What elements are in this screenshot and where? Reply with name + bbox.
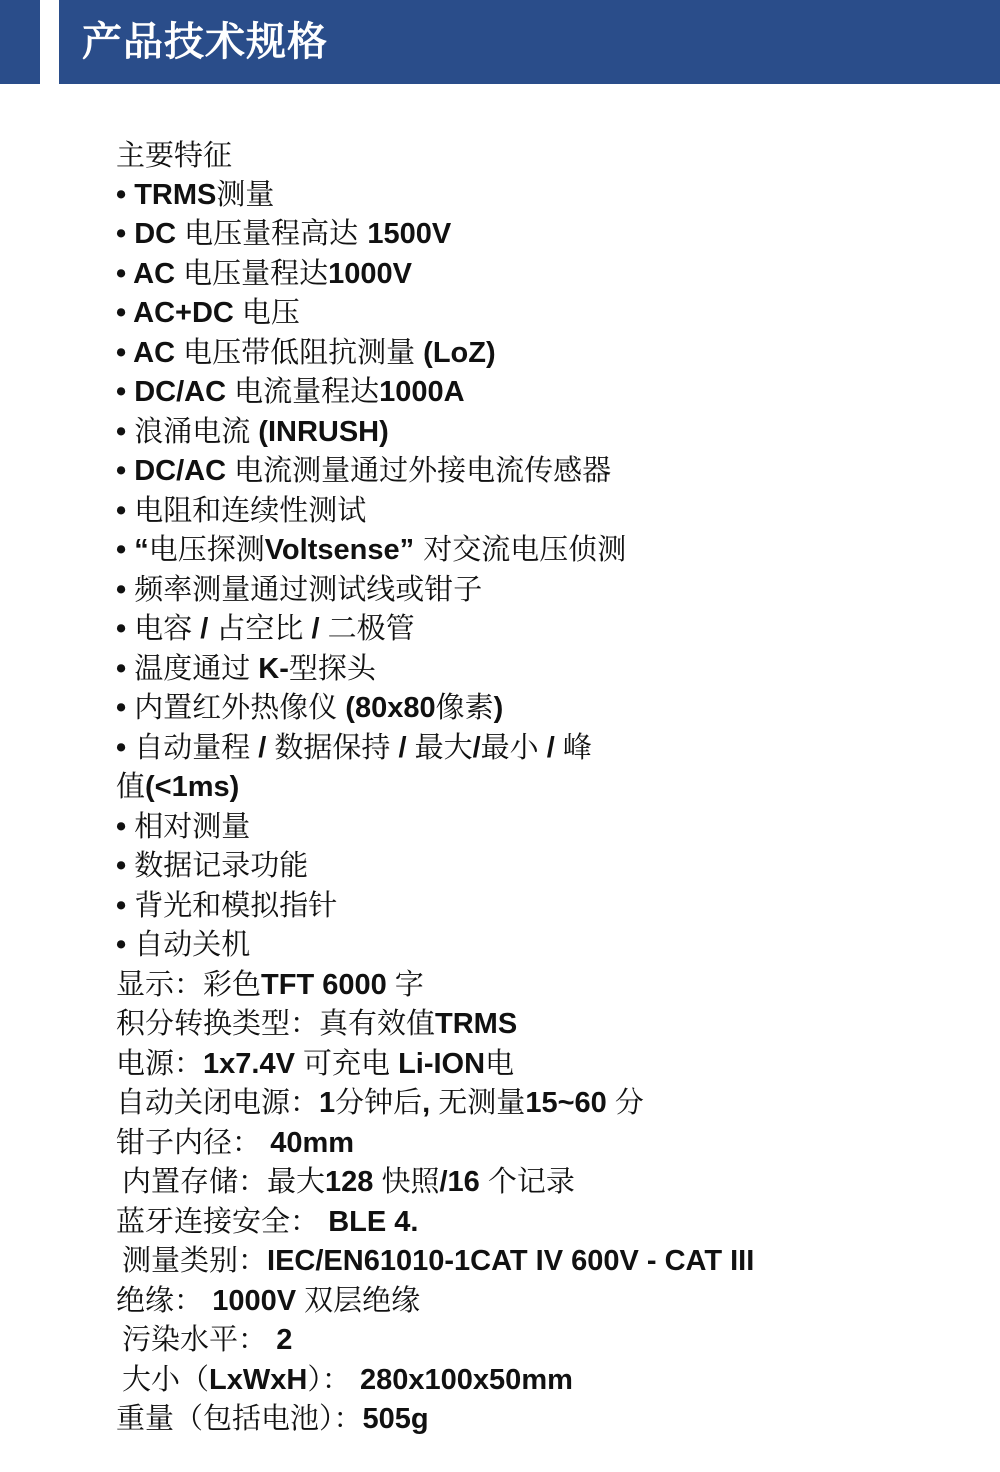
text-segment: 电流量程达 [234,374,379,408]
text-segment: 显示：彩色 [116,967,261,1001]
text-segment: 128 [325,1166,381,1198]
bullet-icon: • [116,416,134,448]
text-segment: /16 [439,1166,487,1198]
spec-content: 主要特征 • TRMS测量• DC 电压量程高达 1500V• AC 电压量程达… [116,136,876,1439]
text-segment: 电压量程高达 [184,216,367,250]
text-segment: 电压探测 [149,532,265,566]
text-segment: 频率测量通过测试线或钳子 [134,572,482,606]
text-segment: 电压带低阻抗测量 [183,335,415,369]
bullet-icon: • [116,258,133,290]
text-segment: IEC/EN61010-1CAT IV 600V - CAT III [267,1245,754,1277]
text-segment: 型探头 [289,651,376,685]
text-segment: 1500V [367,218,451,250]
text-segment: 505g [363,1403,429,1435]
text-segment: TFT 6000 [261,969,395,1001]
bullet-icon: • [116,574,134,606]
text-segment: 数据记录功能 [134,848,308,882]
bullet-icon: • [116,455,134,487]
text-segment: 自动关闭电源： [116,1085,319,1119]
text-segment: 1x7.4V [203,1048,303,1080]
feature-item: • TRMS测量 [116,175,876,215]
feature-item: • AC 电压量程达1000V [116,254,876,294]
text-segment: Voltsense” [265,534,414,566]
text-segment: LxWxH [209,1364,307,1396]
text-segment: 蓝牙连接安全： [116,1204,328,1238]
text-segment: “ [134,534,149,566]
text-segment: 值 [116,769,145,803]
text-segment: 电压量程达 [183,256,328,290]
text-segment: 绝缘： [116,1283,212,1317]
bullet-icon: • [116,376,134,408]
text-segment: Li-ION [390,1048,485,1080]
text-segment: / [390,732,414,764]
text-segment: 测量类别： [122,1243,267,1277]
text-segment: 无测量 [438,1085,525,1119]
text-segment: 数据保持 [274,730,390,764]
spec-item: 内置存储：最大128 快照/16 个记录 [116,1162,876,1202]
spec-item: 测量类别：IEC/EN61010-1CAT IV 600V - CAT III [116,1241,876,1281]
spec-item: 积分转换类型：真有效值TRMS [116,1004,876,1044]
text-segment: AC+DC [133,297,242,329]
text-segment: 1000V [328,258,412,290]
header-accent-bar [0,0,40,84]
feature-item: • 内置红外热像仪 (80x80像素) [116,688,876,728]
text-segment: 浪涌电流 [134,414,250,448]
text-segment: ) [494,692,504,724]
text-segment: BLE 4. [328,1206,418,1238]
bullet-icon: • [116,732,134,764]
text-segment: 电源： [116,1046,203,1080]
text-segment: 污染水平： [122,1322,276,1356]
feature-item: • 频率测量通过测试线或钳子 [116,570,876,610]
text-segment: / [539,732,563,764]
spec-item: 污染水平： 2 [116,1320,876,1360]
text-segment: 内置存储：最大 [122,1164,325,1198]
text-segment: 自动关机 [134,927,250,961]
text-segment: (LoZ) [415,337,496,369]
bullet-icon: • [116,653,134,685]
text-segment: 电压 [242,295,300,329]
text-segment: / [192,613,216,645]
text-segment: 1000A [379,376,464,408]
feature-item: • 数据记录功能 [116,846,876,886]
text-segment: 2 [276,1324,292,1356]
feature-item: • 电容 / 占空比 / 二极管 [116,609,876,649]
text-segment: 电容 [134,611,192,645]
bullet-icon: • [116,179,134,211]
spec-item: 钳子内径： 40mm [116,1123,876,1163]
text-segment: DC/AC [134,455,234,487]
text-segment: 测量 [216,177,274,211]
feature-item: • DC/AC 电流量程达1000A [116,372,876,412]
spec-item: 绝缘： 1000V 双层绝缘 [116,1281,876,1321]
text-segment: (<1ms) [145,771,239,803]
spec-item: 显示：彩色TFT 6000 字 [116,965,876,1005]
text-segment: 积分转换类型：真有效值 [116,1006,435,1040]
text-segment: / [473,732,481,764]
bullet-icon: • [116,811,134,843]
feature-item: • AC+DC 电压 [116,293,876,333]
text-segment: 可充电 [303,1046,390,1080]
text-segment: 最大 [415,730,473,764]
bullet-icon: • [116,337,133,369]
spec-list: 显示：彩色TFT 6000 字积分转换类型：真有效值TRMS电源：1x7.4V … [116,965,876,1439]
spec-item: 蓝牙连接安全： BLE 4. [116,1202,876,1242]
text-segment: TRMS [435,1008,517,1040]
feature-item: • DC/AC 电流测量通过外接电流传感器 [116,451,876,491]
bullet-icon: • [116,850,134,882]
spec-item: 电源：1x7.4V 可充电 Li-ION电 [116,1044,876,1084]
text-segment: 自动量程 [134,730,250,764]
bullet-icon: • [116,613,134,645]
text-segment: 双层绝缘 [304,1283,420,1317]
text-segment: 电流测量通过外接电流传感器 [234,453,611,487]
text-segment: 对交流电压侦测 [414,532,626,566]
text-segment: 相对测量 [134,809,250,843]
bullet-icon: • [116,495,134,527]
text-segment: 钳子内径： [116,1125,270,1159]
text-segment: 内置红外热像仪 [134,690,337,724]
text-segment: 像素 [436,690,494,724]
text-segment: ）： [307,1362,360,1396]
text-segment: 背光和模拟指针 [134,888,337,922]
text-segment: 重量（包括电池）： [116,1401,363,1435]
section-title: 主要特征 [116,136,876,175]
feature-list: • TRMS测量• DC 电压量程高达 1500V• AC 电压量程达1000V… [116,175,876,965]
text-segment: TRMS [134,179,216,211]
feature-item: • 自动量程 / 数据保持 / 最大/最小 / 峰 [116,728,876,768]
feature-item: • 背光和模拟指针 [116,886,876,926]
text-segment: 快照 [381,1164,439,1198]
bullet-icon: • [116,534,134,566]
text-segment: 占空比 [216,611,303,645]
feature-item: 值(<1ms) [116,767,876,807]
text-segment: K- [250,653,289,685]
feature-item: • 电阻和连续性测试 [116,491,876,531]
feature-item: • 温度通过 K-型探头 [116,649,876,689]
text-segment: 分 [615,1085,644,1119]
bullet-icon: • [116,929,134,961]
bullet-icon: • [116,218,134,250]
text-segment: 温度通过 [134,651,250,685]
text-segment: (INRUSH) [250,416,389,448]
text-segment: DC [134,218,184,250]
spec-item: 大小（LxWxH）： 280x100x50mm [116,1360,876,1400]
text-segment: 1 [319,1087,335,1119]
feature-item: • 相对测量 [116,807,876,847]
text-segment: / [250,732,274,764]
text-segment: 峰 [563,730,592,764]
bullet-icon: • [116,692,134,724]
feature-item: • “电压探测Voltsense” 对交流电压侦测 [116,530,876,570]
text-segment: 二极管 [328,611,415,645]
text-segment: , [422,1087,438,1119]
text-segment: 40mm [270,1127,354,1159]
text-segment: 个记录 [488,1164,575,1198]
text-segment: 大小（ [122,1362,209,1396]
text-segment: / [303,613,327,645]
text-segment: AC [133,258,183,290]
page-title: 产品技术规格 [82,18,328,66]
spec-item: 自动关闭电源：1分钟后, 无测量15~60 分 [116,1083,876,1123]
feature-item: • DC 电压量程高达 1500V [116,214,876,254]
feature-item: • 浪涌电流 (INRUSH) [116,412,876,452]
text-segment: 最小 [481,730,539,764]
text-segment: DC/AC [134,376,234,408]
feature-item: • 自动关机 [116,925,876,965]
feature-item: • AC 电压带低阻抗测量 (LoZ) [116,333,876,373]
text-segment: 1000V [212,1285,304,1317]
text-segment: AC [133,337,183,369]
text-segment: 15~60 [525,1087,615,1119]
text-segment: 字 [395,967,424,1001]
bullet-icon: • [116,297,133,329]
text-segment: 分钟后 [335,1085,422,1119]
text-segment: 280x100x50mm [360,1364,573,1396]
text-segment: 电阻和连续性测试 [134,493,366,527]
bullet-icon: • [116,890,134,922]
text-segment: 电 [485,1046,514,1080]
spec-item: 重量（包括电池）：505g [116,1399,876,1439]
text-segment: (80x80 [337,692,435,724]
